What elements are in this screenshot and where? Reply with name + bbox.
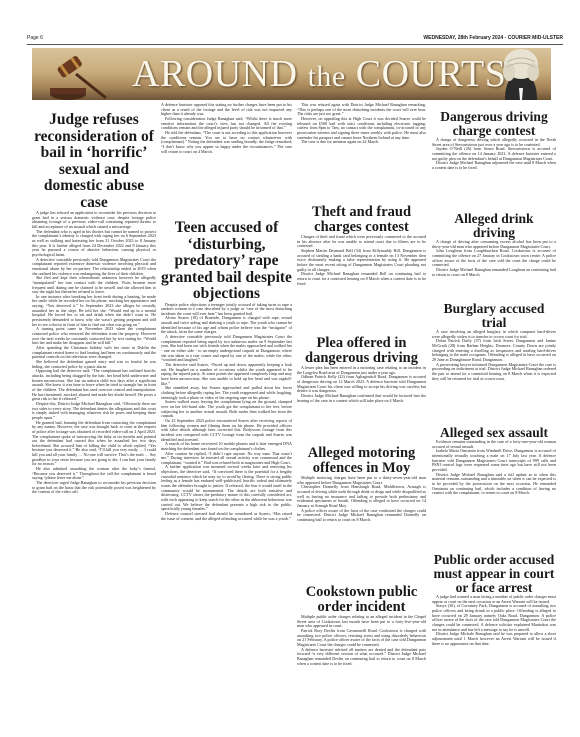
story-body: A charge of driving after consuming exce… — [432, 240, 556, 277]
story-paragraph: A defence barrister opposed this stating… — [161, 103, 292, 117]
story-plea-dangerous-driving: Plea offered in dangerous driving A less… — [297, 336, 426, 403]
story-paragraph: District Judge Michale Ranaghan said he … — [432, 632, 556, 646]
story-paragraph: A police officer aware of the facts of t… — [297, 509, 426, 523]
story-paragraph: The detective said Soares, “Paced up and… — [161, 363, 292, 386]
story-headline: Teen accused of ‘disturbing, predatory’ … — [161, 220, 292, 303]
story-body: Multiple public order charges relating t… — [297, 615, 426, 666]
story-paragraph: A detective constable previously told Du… — [32, 258, 156, 277]
story-paragraph: However, on appealing this at High Court… — [297, 117, 426, 140]
gavel-icon — [50, 54, 110, 100]
story-paragraph: After caution he replied, “I didn’t rape… — [161, 452, 292, 466]
dateline: WEDNESDAY, 28th February 2024 - COURIER … — [423, 35, 563, 41]
story-drink-driving: Alleged drink driving A charge of drivin… — [432, 212, 556, 277]
story-paragraph: After spending the Christmas holiday wit… — [32, 346, 156, 360]
story-paragraph: The case is due for mention again on 22 … — [297, 140, 426, 145]
story-headline: Dangerous driving charge contest — [432, 110, 556, 138]
story-paragraph: Defence counsel stressed bail should be … — [161, 512, 292, 521]
story-motoring-moy: Alleged motoring offences in Moy Multipl… — [297, 446, 426, 523]
banner-title-courts: COURTS — [356, 53, 507, 95]
story-headline: Burglary accused trial — [432, 302, 556, 330]
banner-title-the: the — [308, 60, 346, 93]
story-paragraph: Patrick Rory Devlin from Cavanoneill Roa… — [297, 629, 426, 648]
story-teen-rape-bail: Teen accused of ‘disturbing, predatory’ … — [161, 220, 292, 521]
story-body: A judge has refused an application to re… — [32, 211, 156, 495]
story-paragraph: Izabela Maria Ormianin from Windmill Dri… — [432, 449, 556, 472]
judge-wig-icon — [497, 48, 545, 100]
story-headline: Alleged motoring offences in Moy — [297, 446, 426, 476]
story-headline: Cookstown public order incident — [297, 585, 426, 615]
story-paragraph: Odhran Patrick Kelly (22) from Aghagindu… — [297, 375, 426, 394]
story-paragraph: District Judge Michael Ranaghan remanded… — [432, 268, 556, 277]
story-sex-assault: Alleged sex assault Evidence remains out… — [432, 426, 556, 496]
story-body: A case involving an alleged burglary in … — [432, 330, 556, 381]
story-paragraph: District Judge Michael Ranaghan said a f… — [432, 473, 556, 496]
banner-title: AROUND the COURTS — [132, 52, 472, 99]
story-paragraph: District Judge Michael Ranaghan confirme… — [297, 394, 426, 403]
story-paragraph: On 23 September 2023 police encountered … — [161, 419, 292, 442]
story-paragraph: Dolan Patrick Duffy (37) from Irish Stre… — [432, 339, 556, 362]
story-paragraph: The detective urged Judge Ranaghan to re… — [32, 481, 156, 495]
story-headline: Plea offered in dangerous driving — [297, 336, 426, 366]
page-header: Page 6 WEDNESDAY, 28th February 2024 - C… — [27, 34, 563, 45]
story-body: Despite police objections a teenager joi… — [161, 303, 292, 522]
story-headline: Theft and fraud charges contest — [297, 205, 426, 235]
story-paragraph: Jayden O’Neill (26) from Sourn Road, Ste… — [432, 147, 556, 161]
story-paragraph: District Judge Michael Ranaghan remanded… — [297, 272, 426, 286]
story-body: A lesser plea has been entered in a moto… — [297, 366, 426, 403]
story-paragraph: Soares walked away leaving the complaina… — [161, 400, 292, 419]
section-banner: AROUND the COURTS — [32, 48, 551, 100]
story-paragraph: She stumbled away, but Soares approached… — [161, 386, 292, 400]
story-body: Charges of theft and fraud which were pr… — [297, 235, 426, 286]
banner-title-around: AROUND — [132, 53, 298, 95]
story-body: A judge had warned a man facing a number… — [432, 595, 556, 646]
story-paragraph: John Loughran from Loughbracken Road, Co… — [432, 249, 556, 268]
story-paragraph: Stasys (30), of Corrainey Park, Dunganno… — [432, 604, 556, 632]
story-paragraph: He granted bail, banning the defendant f… — [32, 421, 156, 468]
story-body: A charge of dangerous driving which alle… — [432, 138, 556, 171]
story-body: Multiple motoring charges have been put … — [297, 476, 426, 523]
story-paragraph: Despite this, District Judge Michael Ran… — [32, 402, 156, 421]
page-number: Page 6 — [27, 35, 43, 41]
story-paragraph: Alcino Soares (18) of Braeside, Dunganno… — [161, 316, 292, 335]
story-theft-fraud: Theft and fraud charges contest Charges … — [297, 205, 426, 286]
story-public-order-arrest: Public order accused must appear in cour… — [432, 553, 556, 646]
story-paragraph: Following consideration Judge Ranaghan s… — [161, 117, 292, 131]
story-paragraph: In one instance after breaking her front… — [32, 295, 156, 328]
story-headline: Judge refuses reconsideration of bail in… — [32, 112, 156, 211]
story-body: Evidence remains outstanding in the case… — [432, 440, 556, 496]
story-paragraph: Christopher Donnelly from Hanslough Road… — [297, 485, 426, 508]
story-paragraph: Despite police objections a teenager joi… — [161, 303, 292, 317]
story-bail-reconsideration: Judge refuses reconsideration of bail in… — [32, 112, 156, 495]
story-paragraph: A defence barrister advised all matters … — [297, 648, 426, 667]
story-teen-rape-bail-continued: This was refused again with District Jud… — [297, 103, 426, 145]
story-paragraph: He also admitted assaulting the woman af… — [32, 467, 156, 481]
story-paragraph: Stephen Martin Desmond Bell (34) from Ki… — [297, 249, 426, 272]
story-paragraph: Multiple public order charges relating t… — [297, 615, 426, 629]
story-paragraph: This was refused again with District Jud… — [297, 103, 426, 117]
story-cookstown-public-order: Cookstown public order incident Multiple… — [297, 585, 426, 666]
story-paragraph: Charges of theft and fraud which were pr… — [297, 235, 426, 249]
story-paragraph: A prosecuting lawyer informed Dungannon … — [432, 363, 556, 382]
story-paragraph: A further application was mounted severa… — [161, 465, 292, 512]
story-paragraph: Opposing bail the detective said, “The c… — [32, 369, 156, 402]
story-paragraph: A turning point came in November 2023 wh… — [32, 327, 156, 346]
story-paragraph: He told the defendant, “The court is not… — [161, 131, 292, 154]
story-headline: Alleged sex assault — [432, 426, 556, 440]
story-bail-reconsideration-continued: A defence barrister opposed this stating… — [161, 103, 292, 154]
story-paragraph: She fled and kept their whereabouts unkn… — [32, 276, 156, 295]
story-burglary-trial: Burglary accused trial A case involving … — [432, 302, 556, 381]
story-paragraph: A judge has refused an application to re… — [32, 211, 156, 230]
story-headline: Alleged drink driving — [432, 212, 556, 240]
story-paragraph: District Judge Michael Ranaghan adjourne… — [432, 161, 556, 170]
story-dangerous-driving-contest: Dangerous driving charge contest A charg… — [432, 110, 556, 171]
story-paragraph: The defendant who is aged in his thirtie… — [32, 230, 156, 258]
story-headline: Public order accused must appear in cour… — [432, 553, 556, 595]
story-paragraph: A detective constable previously told Du… — [161, 335, 292, 363]
